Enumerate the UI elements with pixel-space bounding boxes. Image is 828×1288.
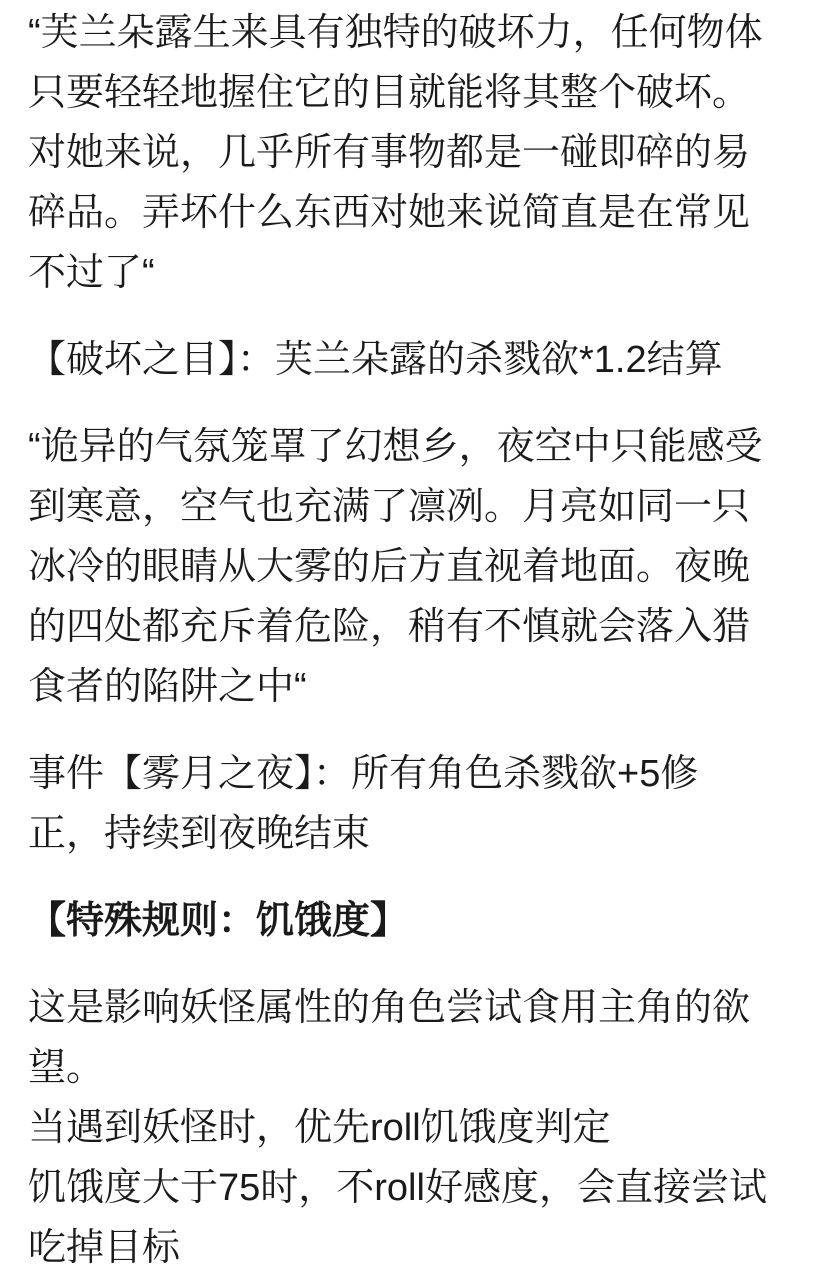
special-rule-heading: 【特殊规则：饥饿度】 [28, 891, 800, 951]
destruction-eye-rule: 【破坏之目】：芙兰朵露的杀戮欲*1.2结算 [28, 330, 800, 390]
document-page: “芙兰朵露生来具有独特的破坏力，任何物体 只要轻轻地握住它的目就能将其整个破坏。… [0, 0, 828, 1288]
hunger-rule-body: 这是影响妖怪属性的角色尝试食用主角的欲 望。 当遇到妖怪时，优先roll饥饿度判… [28, 978, 800, 1278]
misty-night-event: 事件【雾月之夜】：所有角色杀戮欲+5修 正，持续到夜晚结束 [28, 744, 800, 864]
misty-night-quote: “诡异的气氛笼罩了幻想乡，夜空中只能感受 到寒意，空气也充满了凛冽。月亮如同一只… [28, 417, 800, 717]
flandre-destruction-quote: “芙兰朵露生来具有独特的破坏力，任何物体 只要轻轻地握住它的目就能将其整个破坏。… [28, 3, 800, 303]
